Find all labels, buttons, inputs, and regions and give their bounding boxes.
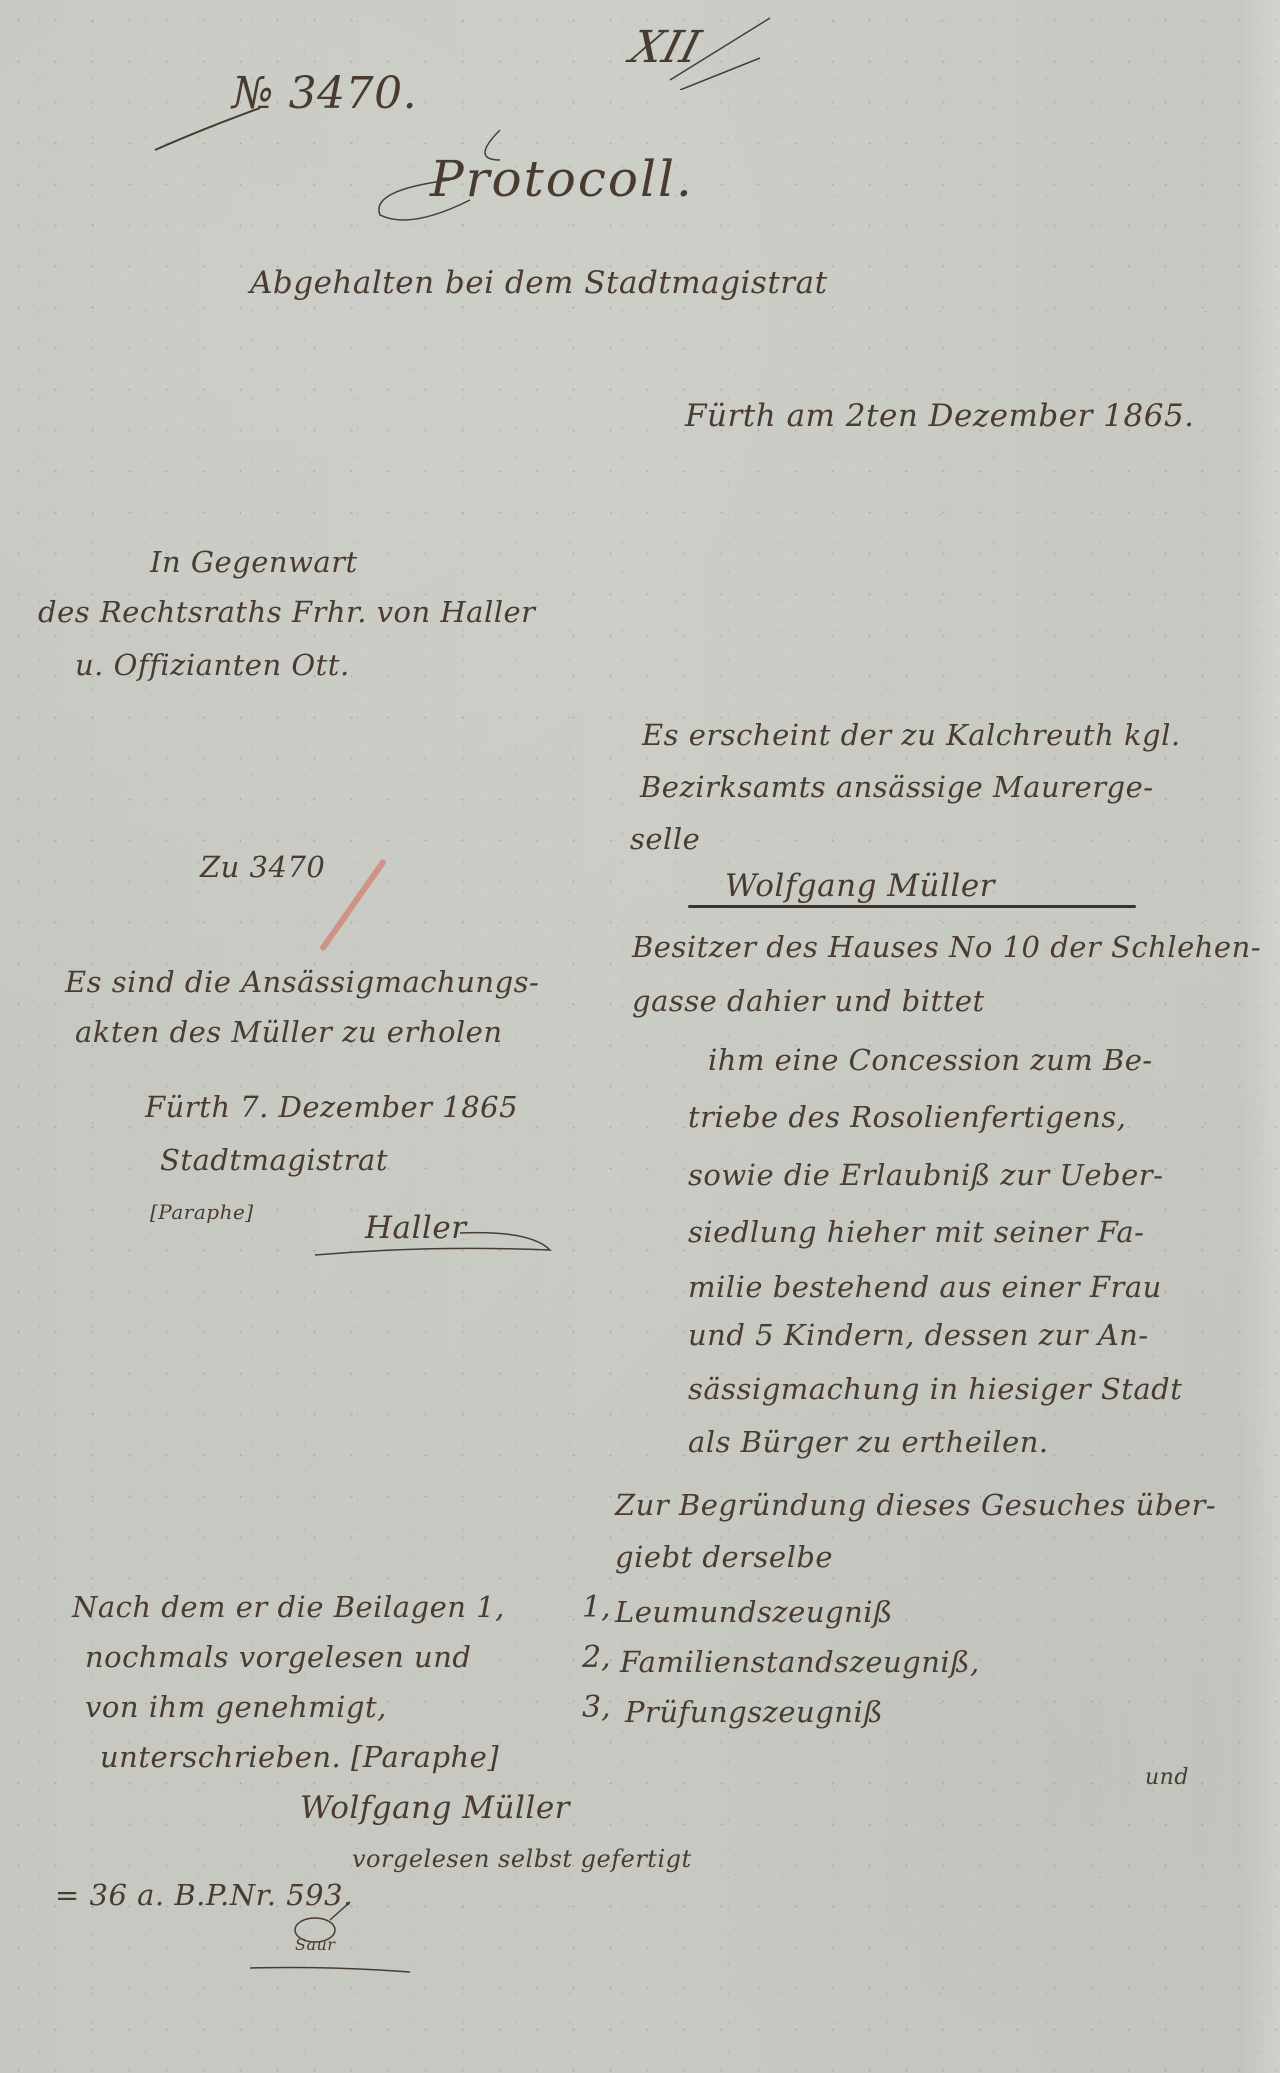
attachment-2-label: Familienstandszeugniß, <box>620 1645 980 1679</box>
resolution-place-date: Fürth 7. Dezember 1865 <box>145 1090 518 1124</box>
applicant-signature: Wolfgang Müller <box>300 1790 570 1826</box>
closing-line-2: nochmals vorgelesen und <box>85 1640 471 1674</box>
presence-line-3: u. Offizianten Ott. <box>75 648 350 682</box>
intro-line-3: selle <box>630 822 700 856</box>
document-page: № 3470. XII Protocoll. Abgehalten bei de… <box>0 0 1280 2073</box>
attachment-1-number: 1, <box>582 1590 611 1625</box>
attachment-2-number: 2, <box>582 1640 611 1675</box>
closing-line-4: unterschrieben. [Paraphe] <box>100 1740 499 1774</box>
intro-line-2: Bezirksamts ansässige Maurerge- <box>640 770 1154 804</box>
title-flourish <box>350 120 570 230</box>
presence-line-1: In Gegenwart <box>150 545 358 579</box>
file-number: № 3470. <box>232 68 417 119</box>
catchword: und <box>1145 1765 1189 1790</box>
request-line-7: milie bestehend aus einer Frau <box>688 1270 1162 1304</box>
request-line-2: gasse dahier und bittet <box>632 984 985 1018</box>
attachment-3-number: 3, <box>582 1690 611 1725</box>
document-subtitle: Abgehalten bei dem Stadtmagistrat <box>250 265 828 301</box>
section-mark-strikes <box>660 10 780 90</box>
clerk-signature: Saur <box>295 1935 335 1954</box>
resolution-line-1: Es sind die Ansässigmachungs- <box>65 965 539 999</box>
intro-line-1: Es erscheint der zu Kalchreuth kgl. <box>642 718 1181 752</box>
closing-line-3: von ihm genehmigt, <box>85 1690 387 1724</box>
resolution-initials: [Paraphe] <box>150 1200 254 1224</box>
justification-line-2: giebt derselbe <box>615 1540 833 1574</box>
request-line-6: siedlung hieher mit seiner Fa- <box>688 1215 1144 1249</box>
signature-underline-flourish <box>310 1225 560 1265</box>
place-and-date: Fürth am 2ten Dezember 1865. <box>685 398 1195 434</box>
resolution-reference: Zu 3470 <box>200 850 325 884</box>
request-line-8: und 5 Kindern, dessen zur An- <box>688 1318 1149 1352</box>
request-line-5: sowie die Erlaubniß zur Ueber- <box>688 1158 1163 1192</box>
request-line-9: sässigmachung in hiesiger Stadt <box>688 1372 1182 1406</box>
red-pencil-mark <box>319 858 387 952</box>
signature-note: vorgelesen selbst gefertigt <box>352 1845 692 1873</box>
person-name-underline <box>688 905 1136 908</box>
request-line-4: triebe des Rosolienfertigens, <box>688 1100 1126 1134</box>
justification-line-1: Zur Begründung dieses Gesuches über- <box>615 1488 1216 1522</box>
request-line-3: ihm eine Concession zum Be- <box>708 1043 1153 1077</box>
closing-line-1: Nach dem er die Beilagen 1, <box>72 1590 505 1624</box>
request-line-10: als Bürger zu ertheilen. <box>688 1425 1049 1459</box>
person-name: Wolfgang Müller <box>725 868 995 904</box>
presence-line-2: des Rechtsraths Frhr. von Haller <box>38 595 536 629</box>
attachment-1-label: Leumundszeugniß <box>615 1595 893 1629</box>
request-line-1: Besitzer des Hauses No 10 der Schlehen- <box>632 930 1261 964</box>
resolution-authority: Stadtmagistrat <box>160 1143 388 1177</box>
resolution-line-2: akten des Müller zu erholen <box>75 1015 503 1049</box>
attachment-3-label: Prüfungszeugniß <box>625 1695 883 1729</box>
